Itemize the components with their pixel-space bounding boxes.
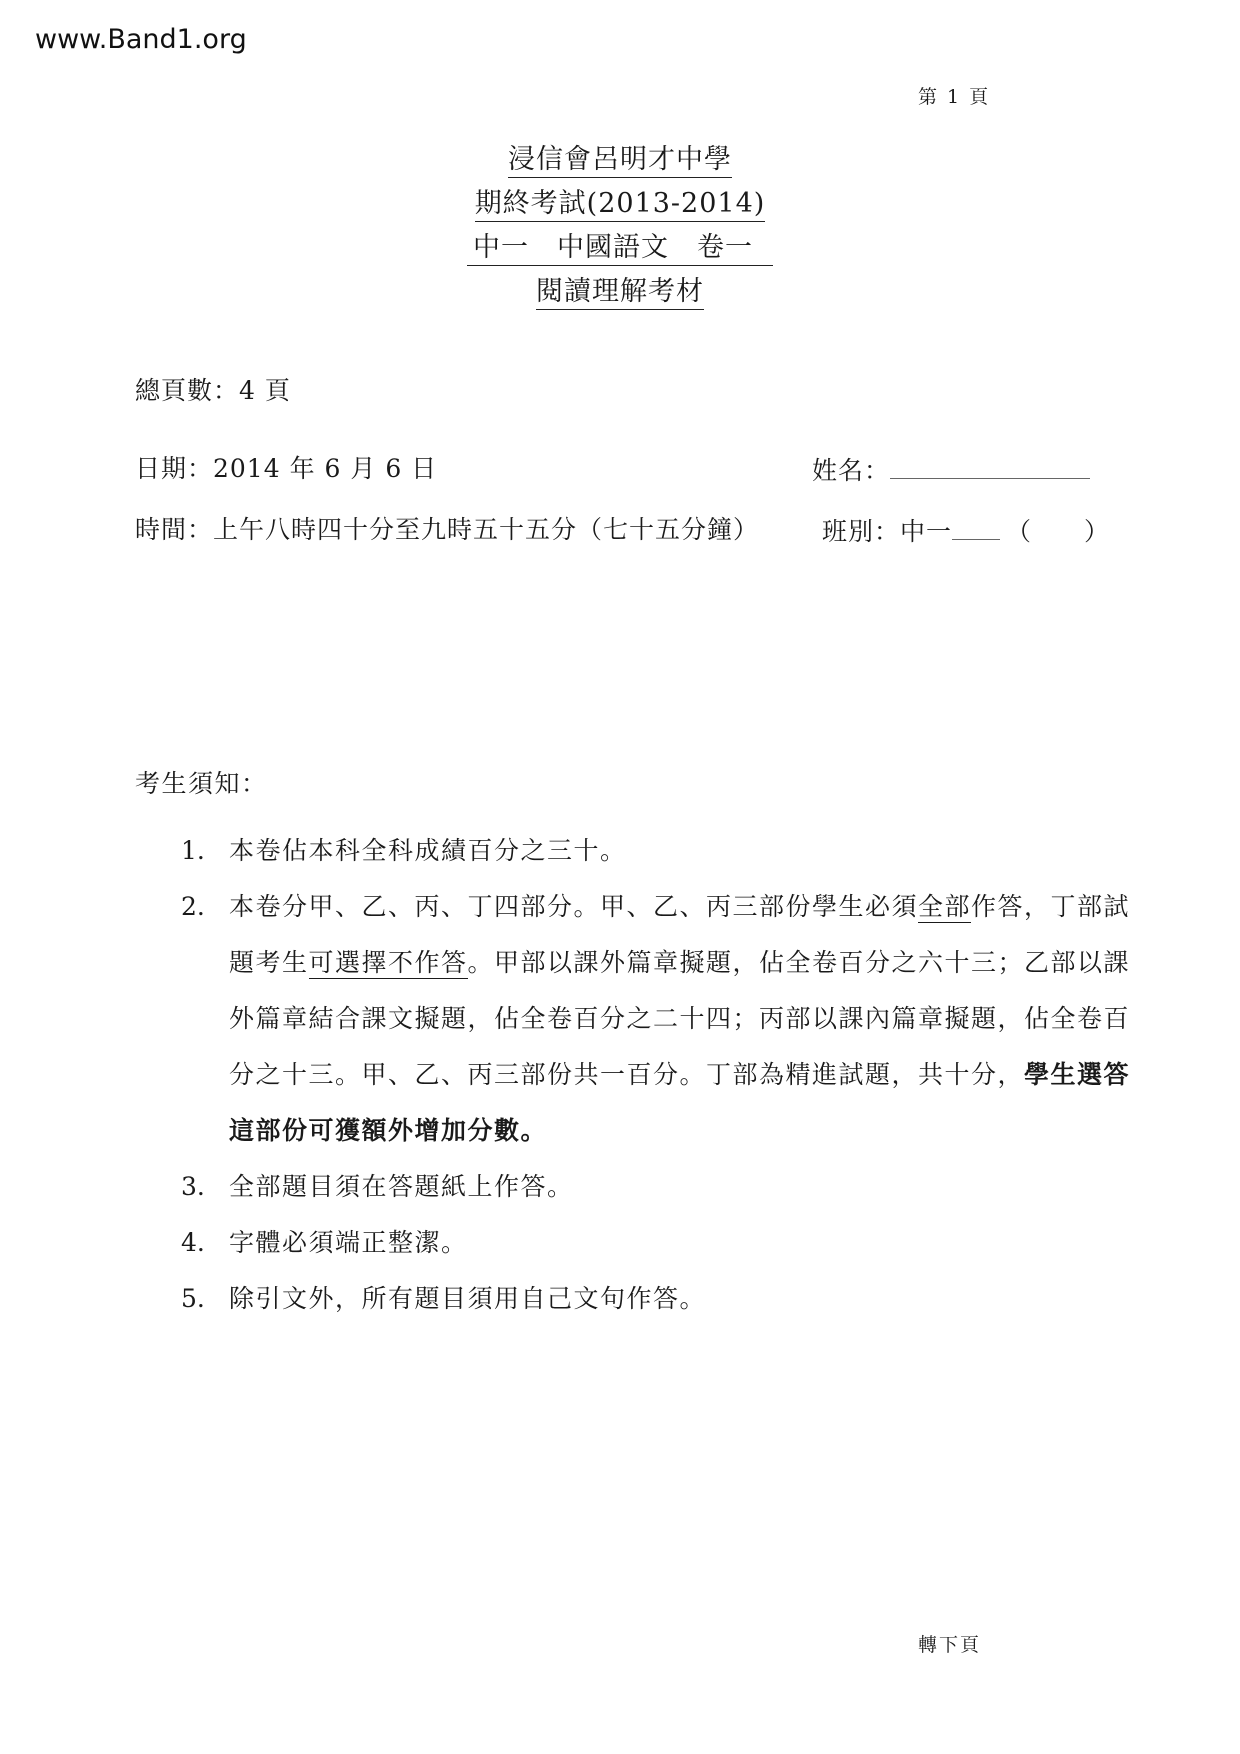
date-name-row: 日期：2014 年 6 月 6 日 姓名： [135, 452, 1240, 486]
name-field: 姓名： [812, 452, 1090, 488]
note-2-line-3: 外篇章結合課文擬題，佔全卷百分之二十四；丙部以課內篇章擬題，佔全卷百 [229, 1004, 1130, 1033]
note-2-line-2-a: 題考生 [229, 948, 309, 977]
total-pages-row: 總頁數：4 頁 [135, 374, 1240, 408]
title-block: 浸信會呂明才中學 期終考試(2013-2014) 中一 中國語文 卷一 閱讀理解… [0, 140, 1240, 316]
note-3-text: 全部題目須在答題紙上作答。 [229, 1159, 1134, 1215]
note-2-line-1-a: 本卷分甲、乙、丙、丁四部分。甲、乙、丙三部份學生必須 [229, 892, 918, 921]
note-item-2: 2. 本卷分甲、乙、丙、丁四部分。甲、乙、丙三部份學生必須全部作答，丁部試 題考… [181, 879, 1240, 1159]
time-label: 時間：上午八時四十分至九時五十五分（七十五分鐘） [135, 515, 759, 544]
note-item-4: 4. 字體必須端正整潔。 [181, 1215, 1240, 1271]
notes-list: 1. 本卷佔本科全科成績百分之三十。 2. 本卷分甲、乙、丙、丁四部分。甲、乙、… [181, 823, 1240, 1327]
note-item-1: 1. 本卷佔本科全科成績百分之三十。 [181, 823, 1240, 879]
total-pages-label: 總頁數：4 頁 [135, 376, 291, 405]
class-label: 班別：中一 [822, 517, 952, 546]
name-label: 姓名： [812, 456, 890, 485]
note-1-text: 本卷佔本科全科成績百分之三十。 [229, 823, 1134, 879]
note-2-line-4: 分之十三。甲、乙、丙三部份共一百分。丁部為精進試題，共十分，學生選答 [229, 1060, 1130, 1089]
name-blank-line [890, 452, 1090, 479]
date-label: 日期：2014 年 6 月 6 日 [135, 454, 437, 483]
next-page-note: 轉下頁 [918, 1630, 981, 1657]
note-2-text: 本卷分甲、乙、丙、丁四部分。甲、乙、丙三部份學生必須全部作答，丁部試 題考生可選… [229, 879, 1134, 1159]
title-line-school: 浸信會呂明才中學 [0, 140, 1240, 184]
exam-title: 期終考試(2013-2014) [475, 188, 766, 222]
note-5-text: 除引文外，所有題目須用自己文句作答。 [229, 1271, 1134, 1327]
note-2-line-4-bold: 學生選答 [1024, 1060, 1130, 1089]
class-bracket: （ ） [1006, 517, 1110, 546]
note-1-number: 1. [181, 823, 229, 879]
subject-title: 中一 中國語文 卷一 [467, 232, 773, 266]
paper-title: 閱讀理解考材 [536, 276, 704, 310]
title-line-paper: 閱讀理解考材 [0, 272, 1240, 316]
note-5-number: 5. [181, 1271, 229, 1327]
note-4-number: 4. [181, 1215, 229, 1271]
note-2-line-5-bold: 這部份可獲額外增加分數。 [229, 1116, 547, 1145]
note-3-number: 3. [181, 1159, 229, 1215]
page-number: 第 1 頁 [918, 82, 990, 109]
class-field: 班別：中一（ ） [822, 513, 1110, 549]
note-2-line-1: 本卷分甲、乙、丙、丁四部分。甲、乙、丙三部份學生必須全部作答，丁部試 [229, 892, 1130, 923]
note-2-line-1-underlined: 全部 [918, 892, 971, 923]
note-2-number: 2. [181, 879, 229, 935]
candidate-notes-section: 考生須知： 1. 本卷佔本科全科成績百分之三十。 2. 本卷分甲、乙、丙、丁四部… [135, 767, 1240, 1327]
exam-paper-page: www.Band1.org 第 1 頁 浸信會呂明才中學 期終考試(2013-2… [0, 0, 1240, 1754]
school-name: 浸信會呂明才中學 [508, 144, 732, 178]
note-4-text: 字體必須端正整潔。 [229, 1215, 1134, 1271]
title-line-subject: 中一 中國語文 卷一 [0, 228, 1240, 272]
note-2-line-1-c: 作答，丁部試 [971, 892, 1130, 921]
time-class-row: 時間：上午八時四十分至九時五十五分（七十五分鐘） 班別：中一（ ） [135, 513, 1240, 547]
notes-heading: 考生須知： [135, 767, 1240, 801]
note-2-line-2-c: 。甲部以課外篇章擬題，佔全卷百分之六十三；乙部以課 [468, 948, 1131, 977]
class-blank-line [952, 513, 1000, 540]
title-line-exam: 期終考試(2013-2014) [0, 184, 1240, 228]
note-2-line-2: 題考生可選擇不作答。甲部以課外篇章擬題，佔全卷百分之六十三；乙部以課 [229, 948, 1130, 979]
watermark-url: www.Band1.org [35, 24, 247, 55]
note-2-line-2-underlined: 可選擇不作答 [309, 948, 468, 979]
note-item-5: 5. 除引文外，所有題目須用自己文句作答。 [181, 1271, 1240, 1327]
info-block: 總頁數：4 頁 日期：2014 年 6 月 6 日 姓名： 時間：上午八時四十分… [135, 374, 1240, 547]
note-item-3: 3. 全部題目須在答題紙上作答。 [181, 1159, 1240, 1215]
note-2-line-4-a: 分之十三。甲、乙、丙三部份共一百分。丁部為精進試題，共十分， [229, 1060, 1024, 1089]
